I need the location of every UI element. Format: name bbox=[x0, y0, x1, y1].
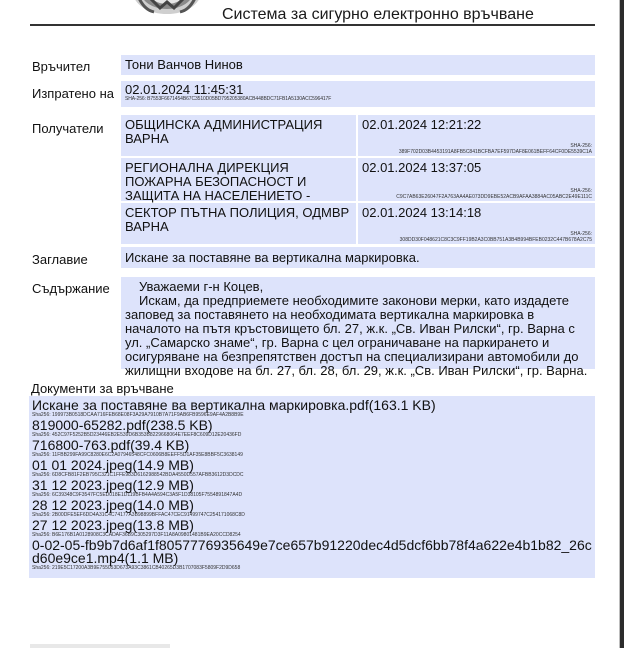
recipient-row: РЕГИОНАЛНА ДИРЕКЦИЯ ПОЖАРНА БЕЗОПАСНОСТ … bbox=[121, 158, 595, 201]
document-name[interactable]: 28 12 2023.jpeg(14.0 MB) bbox=[32, 499, 591, 512]
sent-label: Изпратено на bbox=[32, 86, 114, 101]
recipient-datetime: 02.01.2024 13:37:05 bbox=[362, 160, 591, 176]
recipient-hash-block: SHA-256: 308DD30F048621C8C3C9FF19B2A3C0B… bbox=[360, 231, 592, 243]
content-body: Уважаеми г-н Коцев, Искам, да предприеме… bbox=[121, 277, 595, 381]
document-name[interactable]: 0-02-05-fb9b7d6af1f8057776935649e7ce657b… bbox=[32, 539, 592, 565]
recipient-delivery: 02.01.2024 12:21:22 SHA-256: 389F702D03B… bbox=[358, 115, 595, 156]
document-name[interactable]: 27 12 2023.jpeg(13.8 MB) bbox=[32, 519, 591, 532]
footer-faded-text bbox=[30, 644, 170, 648]
sender-label: Връчител bbox=[32, 59, 90, 74]
content-field: Уважаеми г-н Коцев, Искам, да предприеме… bbox=[121, 277, 595, 369]
document-item[interactable]: 0-02-05-fb9b7d6af1f8057776935649e7ce657b… bbox=[32, 539, 591, 571]
page-edge bbox=[620, 0, 624, 648]
document-name[interactable]: 716800-763.pdf(39.4 KB) bbox=[32, 439, 591, 452]
document-item[interactable]: 01 01 2024.jpeg(14.9 MB) Sha256: 6D8CFB8… bbox=[32, 459, 591, 478]
sent-datetime: 02.01.2024 11:45:31 bbox=[125, 84, 595, 96]
content-greeting: Уважаеми г-н Коцев, bbox=[125, 280, 589, 294]
document-hash: Sha256: 219E5C17200A3B9E755053D673A93C38… bbox=[32, 565, 591, 571]
recipient-name: СЕКТОР ПЪТНА ПОЛИЦИЯ, ОДМВР ВАРНА bbox=[121, 203, 356, 244]
sent-field: 02.01.2024 11:45:31 SHA-256: B7553F66714… bbox=[121, 81, 595, 107]
recipient-row: СЕКТОР ПЪТНА ПОЛИЦИЯ, ОДМВР ВАРНА 02.01.… bbox=[121, 203, 595, 244]
documents-title: Документи за връчване bbox=[31, 381, 174, 396]
document-item[interactable]: 27 12 2023.jpeg(13.8 MB) Sha256: B6E176B… bbox=[32, 519, 591, 538]
recipient-hash-block: SHA-256: 389F702D03B4453191A8FB5C841BCFB… bbox=[360, 143, 592, 155]
system-title: Система за сигурно електронно връчване bbox=[222, 6, 534, 24]
recipient-name: РЕГИОНАЛНА ДИРЕКЦИЯ ПОЖАРНА БЕЗОПАСНОСТ … bbox=[121, 158, 356, 201]
recipient-delivery: 02.01.2024 13:37:05 SHA-256: C9C7AB63E26… bbox=[358, 158, 595, 201]
coat-of-arms-emblem bbox=[130, 0, 204, 14]
recipient-name: ОБЩИНСКА АДМИНИСТРАЦИЯ ВАРНА bbox=[121, 115, 356, 156]
subject-value: Искане за поставяне ва вертикална маркир… bbox=[125, 250, 420, 265]
document-name[interactable]: 819000-65282.pdf(238.5 KB) bbox=[32, 419, 591, 432]
recipient-hash: C9C7AB63E26047F2A763AA4AE073DD9EBE52ACB9… bbox=[360, 194, 592, 200]
recipient-delivery: 02.01.2024 13:14:18 SHA-256: 308DD30F048… bbox=[358, 203, 595, 244]
document-name[interactable]: 01 01 2024.jpeg(14.9 MB) bbox=[32, 459, 591, 472]
sender-field: Тони Ванчов Нинов bbox=[121, 55, 595, 75]
recipients-label: Получатели bbox=[32, 121, 104, 136]
subject-field: Искане за поставяне ва вертикална маркир… bbox=[121, 247, 595, 268]
content-label: Съдържание bbox=[32, 281, 110, 296]
recipient-hash-block: SHA-256: C9C7AB63E26047F2A763AA4AE073DD9… bbox=[360, 188, 592, 200]
document-item[interactable]: 28 12 2023.jpeg(14.0 MB) Sha256: 2B00DFE… bbox=[32, 499, 591, 518]
recipient-hash: 308DD30F048621C8C3C9FF19B2A3C0BB751A3B4B… bbox=[360, 237, 592, 243]
recipients-table: ОБЩИНСКА АДМИНИСТРАЦИЯ ВАРНА 02.01.2024 … bbox=[121, 115, 595, 246]
recipient-row: ОБЩИНСКА АДМИНИСТРАЦИЯ ВАРНА 02.01.2024 … bbox=[121, 115, 595, 156]
sender-value: Тони Ванчов Нинов bbox=[125, 57, 243, 72]
document-item[interactable]: 31 12 2023.jpeg(12.9 MB) Sha256: 6C39348… bbox=[32, 479, 591, 498]
document-item[interactable]: 716800-763.pdf(39.4 KB) Sha256: 11FBB299… bbox=[32, 439, 591, 458]
recipient-datetime: 02.01.2024 13:14:18 bbox=[362, 205, 591, 221]
sent-hash: SHA-256: B7553F6671454B67C3510D05BD79520… bbox=[125, 96, 595, 102]
recipient-datetime: 02.01.2024 12:21:22 bbox=[362, 117, 591, 133]
header-divider bbox=[30, 24, 595, 26]
recipient-hash: 389F702D03B4453191A8FB5C841BCFBA7EF597DA… bbox=[360, 149, 592, 155]
content-text: Искам, да предприемете необходимите зако… bbox=[125, 294, 589, 378]
documents-list: Искане за поставяне ва вертикална маркир… bbox=[29, 396, 595, 578]
document-name[interactable]: 31 12 2023.jpeg(12.9 MB) bbox=[32, 479, 591, 492]
document-item[interactable]: Искане за поставяне ва вертикална маркир… bbox=[32, 399, 591, 418]
subject-label: Заглавие bbox=[32, 252, 88, 267]
document-name[interactable]: Искане за поставяне ва вертикална маркир… bbox=[32, 399, 591, 412]
document-item[interactable]: 819000-65282.pdf(238.5 KB) Sha256: 452C9… bbox=[32, 419, 591, 438]
